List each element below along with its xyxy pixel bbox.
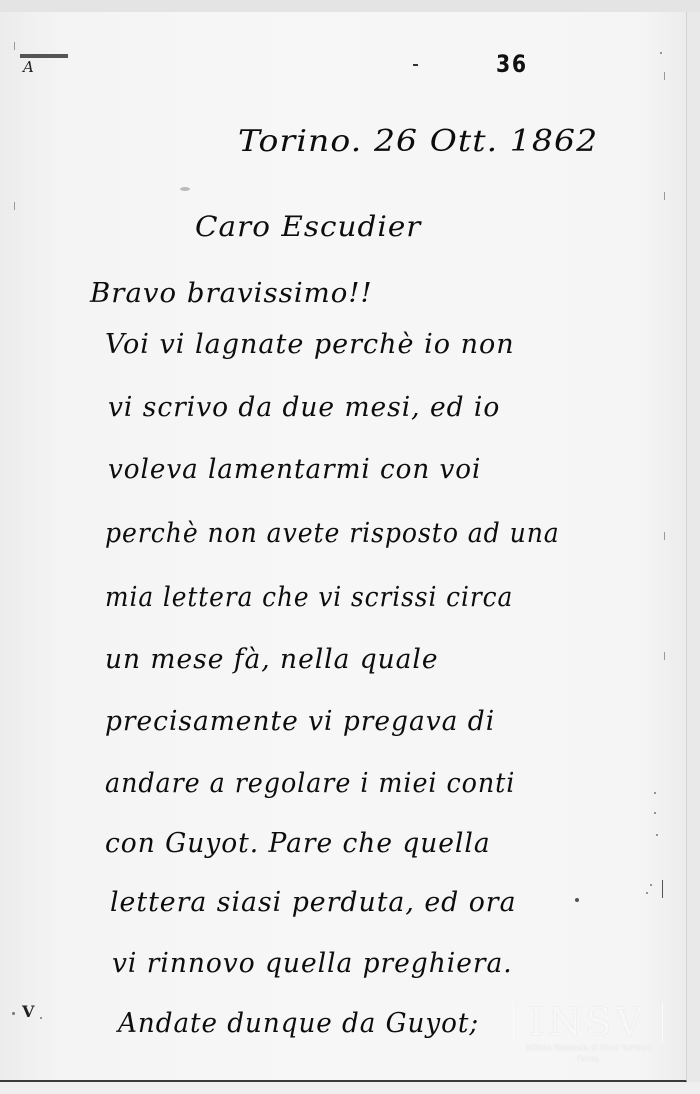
page-number-stamp: 36 — [496, 50, 528, 78]
body-line: precisamente vi pregava di — [105, 706, 495, 737]
body-line: Voi vi lagnate perchè io non — [105, 329, 515, 360]
watermark-subtitle: Istituto Nazionale di Studi Verdiani — [513, 1044, 663, 1053]
watermark-logo: INSV — [513, 1002, 663, 1042]
body-line: voleva lamentarmi con voi — [108, 454, 481, 485]
salutation: Caro Escudier — [195, 210, 421, 243]
scan-bottom-background — [0, 1082, 700, 1094]
archive-mark: A — [20, 52, 68, 78]
archive-watermark: INSV Istituto Nazionale di Studi Verdian… — [513, 1002, 663, 1072]
pencil-dash — [413, 64, 418, 66]
body-line: con Guyot. Pare che quella — [105, 828, 491, 859]
body-line: vi rinnovo quella preghiera. — [112, 948, 513, 979]
body-line: perchè non avete risposto ad una — [105, 518, 560, 549]
body-line: Andate dunque da Guyot; — [118, 1008, 479, 1039]
watermark-subtitle-line2: Parma — [513, 1055, 663, 1064]
body-line: vi scrivo da due mesi, ed io — [108, 392, 500, 423]
body-line: un mese fà, nella quale — [105, 644, 439, 675]
body-line: mia lettera che vi scrissi circa — [105, 582, 513, 613]
archive-mark-letter: A — [23, 58, 34, 76]
letter-page: A 36 Torino. 26 Ott. 1862 Caro Escudier … — [0, 12, 687, 1082]
scan-top-background — [0, 0, 700, 12]
margin-mark: V — [22, 1002, 34, 1021]
body-line: Bravo bravissimo!! — [90, 278, 373, 309]
body-line: andare a regolare i miei conti — [105, 768, 515, 799]
body-line: lettera siasi perduta, ed ora — [110, 887, 517, 918]
dateline: Torino. 26 Ott. 1862 — [238, 124, 598, 159]
